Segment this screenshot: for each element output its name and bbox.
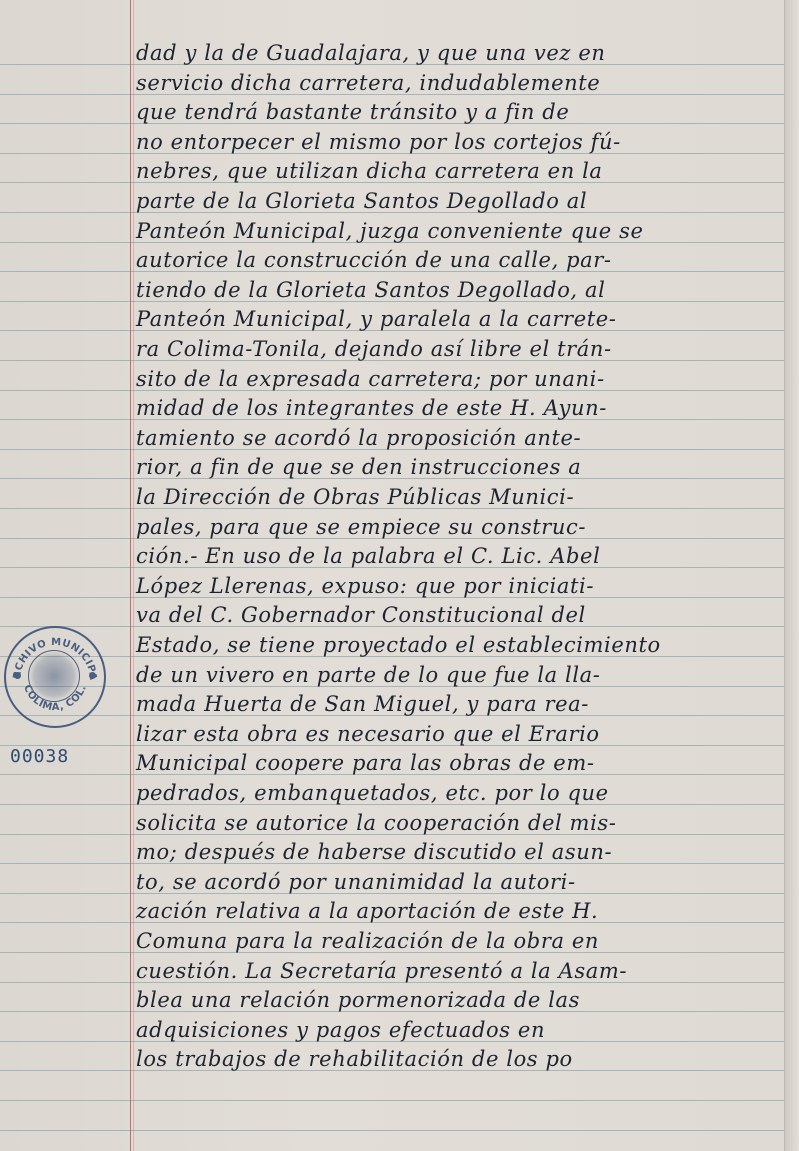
ledger-page: ARCHIVO MUNICIPAL COLIMA, COL. 00038 dad… [0, 0, 784, 1151]
text-line: autorice la construcción de una calle, p… [136, 245, 776, 275]
stamp-seal-emblem-icon [28, 650, 80, 702]
text-line: nebres, que utilizan dicha carretera en … [136, 156, 776, 186]
text-line: blea una relación pormenorizada de las [136, 985, 776, 1015]
text-line: sito de la expresada carretera; por unan… [136, 364, 776, 394]
ruled-line [0, 1130, 784, 1131]
text-line: tiendo de la Glorieta Santos Degollado, … [136, 275, 776, 305]
text-line: no entorpecer el mismo por los cortejos … [136, 127, 776, 157]
text-line: pales, para que se empiece su construc- [136, 512, 776, 542]
text-line: Estado, se tiene proyectado el estableci… [136, 630, 776, 660]
text-line: de un vivero en parte de lo que fue la l… [136, 660, 776, 690]
text-line: Comuna para la realización de la obra en [136, 926, 776, 956]
text-line: midad de los integrantes de este H. Ayun… [136, 393, 776, 423]
stamp-right-dot-icon [89, 672, 96, 679]
text-line: lizar esta obra es necesario que el Erar… [136, 719, 776, 749]
text-line: que tendrá bastante tránsito y a fin de [136, 97, 776, 127]
text-line: López Llerenas, expuso: que por iniciati… [136, 571, 776, 601]
archive-stamp: ARCHIVO MUNICIPAL COLIMA, COL. [4, 626, 106, 728]
text-line: Panteón Municipal, y paralela a la carre… [136, 304, 776, 334]
folio-number: 00038 [10, 746, 69, 767]
text-line: to, se acordó por unanimidad la autori- [136, 867, 776, 897]
margin-rule [130, 0, 131, 1151]
text-line: rior, a fin de que se den instrucciones … [136, 452, 776, 482]
text-line: dad y la de Guadalajara, y que una vez e… [136, 38, 776, 68]
text-line: solicita se autorice la cooperación del … [136, 808, 776, 838]
text-line: zación relativa a la aportación de este … [136, 896, 776, 926]
text-line: mo; después de haberse discutido el asun… [136, 837, 776, 867]
text-line: Municipal coopere para las obras de em- [136, 748, 776, 778]
text-line: va del C. Gobernador Constitucional del [136, 600, 776, 630]
ruled-line [0, 1100, 784, 1101]
margin-rule-secondary [133, 0, 134, 1151]
text-line: mada Huerta de San Miguel, y para rea- [136, 689, 776, 719]
text-line: ra Colima-Tonila, dejando así libre el t… [136, 334, 776, 364]
text-line: parte de la Glorieta Santos Degollado al [136, 186, 776, 216]
text-line: tamiento se acordó la proposición ante- [136, 423, 776, 453]
text-line: adquisiciones y pagos efectuados en [136, 1015, 776, 1045]
text-line: pedrados, embanquetados, etc. por lo que [136, 778, 776, 808]
text-line: ción.- En uso de la palabra el C. Lic. A… [136, 541, 776, 571]
text-line: Panteón Municipal, juzga conveniente que… [136, 216, 776, 246]
text-line: servicio dicha carretera, indudablemente [136, 68, 776, 98]
text-line: la Dirección de Obras Públicas Munici- [136, 482, 776, 512]
text-line: cuestión. La Secretaría presentó a la As… [136, 956, 776, 986]
stamp-left-dot-icon [14, 672, 21, 679]
text-line: los trabajos de rehabilitación de los po [136, 1044, 776, 1074]
next-page-edge [784, 0, 799, 1151]
